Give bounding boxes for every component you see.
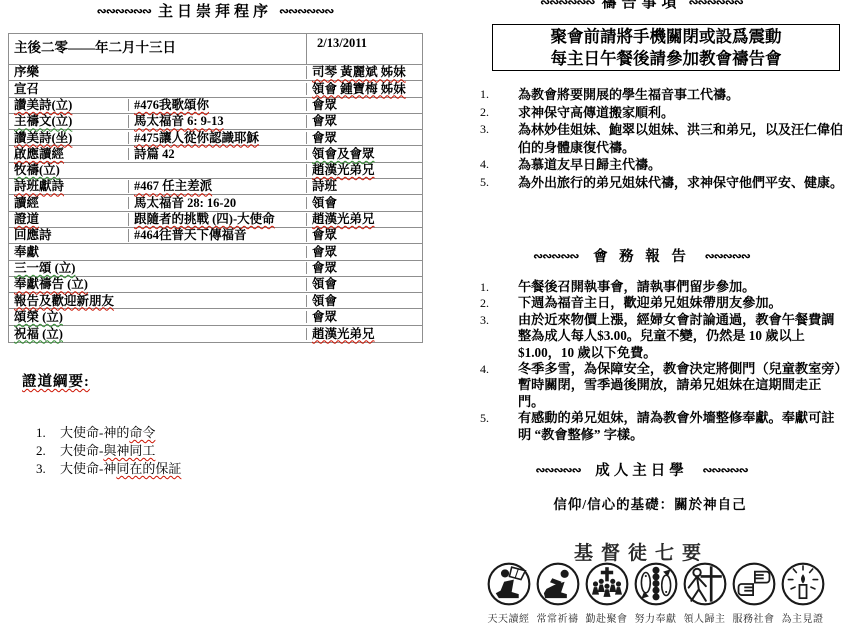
program-item-cell: 讚美詩(坐) — [9, 132, 128, 145]
list-item-number: 4. — [478, 361, 518, 410]
gathering-icon — [583, 561, 630, 607]
list-item-text: 為慕道友早日歸主代禱。 — [518, 156, 844, 174]
list-item-text: 求神保守高傳道搬家順利。 — [518, 104, 844, 122]
program-item-cell: 牧禱(立) — [9, 164, 128, 177]
program-item-cell: 奉獻 — [9, 246, 128, 259]
table-row: 讀經馬太福音 28: 16-20領會 — [9, 195, 422, 211]
report-item: 5.有感動的弟兄姐妹，請為教會外墻整修奉獻。奉獻可註明 “教會整修” 字樣。 — [478, 410, 846, 443]
list-item-number: 5. — [478, 410, 518, 443]
list-item-text: 午餐後召開執事會，請執事們留步參加。 — [518, 279, 846, 295]
program-content-cell: 馬太福音 28: 16-20 — [128, 197, 306, 210]
program-who-text: 趙漢光弟兄 — [312, 327, 375, 341]
outline-item-pre: 大使命- — [60, 443, 103, 458]
list-item-text: 下週為福音主日，歡迎弟兄姐妹帶朋友參加。 — [518, 295, 846, 311]
program-who-cell: 會眾 — [306, 246, 422, 259]
scroll-ornament-icon: ∾∾∾∾∾∾ — [97, 4, 151, 18]
program-item-cell: 啟應讀經 — [9, 148, 128, 161]
seven-essentials-label: 服務社會 — [730, 610, 777, 625]
program-content-text: 馬太福音 6: 9-13 — [134, 114, 224, 128]
program-content-cell: #464往普天下傳福音 — [128, 229, 306, 242]
table-row: 宣召領會 鍾寶梅 姊妹 — [9, 81, 422, 97]
sermon-outline-heading: 證道綱要: — [22, 370, 90, 391]
seven-essentials-label: 努力奉獻 — [632, 610, 679, 625]
worship-date-numeric: 2/13/2011 — [306, 34, 422, 64]
seven-essentials-item: 勤赴聚會 — [583, 561, 630, 625]
serving-hands-icon — [730, 561, 777, 607]
program-who-cell: 詩班 — [306, 180, 422, 193]
list-item-text: 冬季多雪，為保障安全，教會決定將側門（兒童教室旁）暫時關閉，雪季過後開放，請弟兄… — [518, 361, 846, 410]
reading-bible-icon — [485, 561, 532, 607]
table-row: 頌榮 (立)會眾 — [9, 309, 422, 325]
program-item-cell: 證道 — [9, 213, 128, 226]
praying-icon — [534, 561, 581, 607]
adult-sunday-school-title: ∾∾∾∾∾ 成人主日學 ∾∾∾∾∾ — [430, 459, 853, 480]
list-item-number: 2. — [478, 104, 518, 122]
table-row: 奉獻會眾 — [9, 244, 422, 260]
program-content-cell: 馬太福音 6: 9-13 — [128, 115, 306, 128]
program-who-text: 領會 鍾寶梅 姊妹 — [312, 82, 406, 96]
outline-item-wavy: 同在的保証 — [116, 461, 181, 476]
program-item-label: 讚美詩(立) — [14, 98, 72, 112]
outline-item-text: 大使命-與神同工 — [60, 442, 155, 460]
program-content-text: 詩篇 42 — [134, 147, 175, 161]
program-who-text: 趙漢光弟兄 — [312, 163, 375, 177]
program-item-label: 三一頌 (立) — [14, 261, 75, 275]
prayer-item: 5.為外出旅行的弟兄姐妹代禱，求神保守他們平安、健康。 — [478, 174, 846, 192]
seven-essentials-item: 天天讀經 — [485, 561, 532, 625]
outline-item-text: 大使命-神的命令 — [60, 424, 155, 442]
report-item: 2.下週為福音主日，歡迎弟兄姐妹帶朋友參加。 — [478, 295, 846, 311]
outline-item-pre: 大使命-神的 — [60, 425, 129, 440]
program-content-text: #464往普天下傳福音 — [134, 228, 247, 242]
program-who-text: 會眾 — [312, 98, 337, 112]
program-content-cell: #467 任主差派 — [128, 180, 306, 193]
list-item-text: 由於近來物價上漲，經婦女會討論通過，教會午餐費調整為成人每人$3.00。兒童不變… — [518, 312, 846, 361]
sermon-outline-list: 1.大使命-神的命令2.大使命-與神同工3.大使命-神同在的保証 — [36, 424, 181, 478]
program-item-label: 序樂 — [14, 65, 39, 79]
program-who-text: 領會及會眾 — [312, 147, 375, 161]
program-item-cell: 報告及歡迎新朋友 — [9, 295, 128, 308]
list-item-number: 4. — [478, 156, 518, 174]
program-item-cell: 回應詩 — [9, 229, 128, 242]
outline-item-number: 2. — [36, 442, 60, 460]
report-item: 4.冬季多雪，為保障安全，教會決定將側門（兒童教室旁）暫時關閉，雪季過後開放，請… — [478, 361, 846, 410]
church-affairs-list: 1.午餐後召開執事會，請執事們留步參加。2.下週為福音主日，歡迎弟兄姐妹帶朋友參… — [478, 279, 846, 443]
program-content-text: #467 任主差派 — [134, 179, 212, 193]
seven-essentials-item: 努力奉獻 — [632, 561, 679, 625]
table-row: 回應詩#464往普天下傳福音會眾 — [9, 228, 422, 244]
adult-sunday-school-topic: 信仰/信心的基礎：關於神自己 — [430, 493, 853, 513]
program-who-text: 會眾 — [312, 114, 337, 128]
list-item-text: 為教會將要開展的學生福音事工代禱。 — [518, 86, 844, 104]
seven-essentials-item: 領人歸主 — [681, 561, 728, 625]
table-row: 主禱文(立)馬太福音 6: 9-13會眾 — [9, 114, 422, 130]
table-row: 牧禱(立)趙漢光弟兄 — [9, 163, 422, 179]
program-who-cell: 領會 — [306, 197, 422, 210]
program-content-text: 馬太福音 28: 16-20 — [134, 196, 236, 210]
program-item-cell: 三一頌 (立) — [9, 262, 128, 275]
table-row: 詩班獻詩#467 任主差派詩班 — [9, 179, 422, 195]
table-row: 啟應讀經詩篇 42領會及會眾 — [9, 146, 422, 162]
program-content-cell: #476我歌頌你 — [128, 99, 306, 112]
program-who-text: 詩班 — [312, 179, 337, 193]
notice-box: 聚會前請將手機關閉或設爲震動 每主日午餐後請參加教會禱告會 — [492, 24, 840, 71]
program-item-label: 詩班獻詩 — [14, 179, 64, 193]
scroll-ornament-icon: ∾∾∾∾∾ — [705, 249, 750, 263]
program-content-cell: 詩篇 42 — [128, 148, 306, 161]
program-who-text: 司琴 黃麗斌 姊妹 — [312, 65, 406, 79]
outline-item-number: 3. — [36, 460, 60, 478]
program-who-text: 趙漢光弟兄 — [312, 212, 375, 226]
prayer-item: 3.為林妙佳姐妹、鮑翠以姐妹、洪三和弟兄，以及汪仁偉伯伯的身體康復代禱。 — [478, 121, 846, 156]
program-item-cell: 讀經 — [9, 197, 128, 210]
seven-essentials-label: 常常祈禱 — [534, 610, 581, 625]
list-item-text: 有感動的弟兄姐妹，請為教會外墻整修奉獻。奉獻可註明 “教會整修” 字樣。 — [518, 410, 846, 443]
outline-item-text: 大使命-神同在的保証 — [60, 460, 181, 478]
report-item: 1.午餐後召開執事會，請執事們留步參加。 — [478, 279, 846, 295]
seven-essentials-label: 為主見證 — [779, 610, 826, 625]
program-item-cell: 詩班獻詩 — [9, 180, 128, 193]
program-content-text: #476我歌頌你 — [134, 98, 209, 112]
scroll-ornament-icon: ∾∾∾∾∾∾ — [540, 0, 594, 9]
program-who-cell: 會眾 — [306, 115, 422, 128]
program-who-cell: 趙漢光弟兄 — [306, 164, 422, 177]
program-content-text: #475讓人從你認識耶穌 — [134, 131, 259, 145]
table-row: 祝福 (立)趙漢光弟兄 — [9, 326, 422, 342]
program-who-text: 會眾 — [312, 131, 337, 145]
program-who-cell: 會眾 — [306, 229, 422, 242]
table-row: 讚美詩(立)#476我歌頌你會眾 — [9, 98, 422, 114]
table-row: 序樂司琴 黃麗斌 姊妹 — [9, 65, 422, 81]
church-affairs-title: ∾∾∾∾∾ 會 務 報 告 ∾∾∾∾∾ — [430, 245, 853, 266]
program-item-label: 啟應讀經 — [14, 147, 64, 161]
program-who-cell: 司琴 黃麗斌 姊妹 — [306, 66, 422, 79]
program-item-label: 祝福 (立) — [14, 327, 63, 341]
worship-table-header-row: 主後二零——年二月十三日 2/13/2011 — [9, 34, 422, 65]
scroll-ornament-icon: ∾∾∾∾∾ — [533, 249, 578, 263]
table-row: 讚美詩(坐)#475讓人從你認識耶穌會眾 — [9, 130, 422, 146]
program-item-label: 報告及歡迎新朋友 — [14, 294, 114, 308]
program-who-text: 領會 — [312, 196, 337, 210]
worship-date-chinese: 主後二零——年二月十三日 — [9, 34, 306, 64]
worship-order-title: ∾∾∾∾∾∾主日崇拜程序∾∾∾∾∾∾ — [0, 0, 430, 21]
worship-order-title-text: 主日崇拜程序 — [158, 4, 272, 20]
program-who-text: 領會 — [312, 277, 337, 291]
program-who-cell: 會眾 — [306, 311, 422, 324]
seven-essentials-label: 天天讀經 — [485, 610, 532, 625]
program-who-text: 領會 — [312, 294, 337, 308]
program-who-text: 會眾 — [312, 245, 337, 259]
worship-table-body: 序樂司琴 黃麗斌 姊妹宣召領會 鍾寶梅 姊妹讚美詩(立)#476我歌頌你會眾主禱… — [9, 65, 422, 342]
scroll-ornament-icon: ∾∾∾∾∾∾ — [689, 0, 743, 9]
program-who-text: 會眾 — [312, 228, 337, 242]
adult-sunday-school-title-text: 成人主日學 — [595, 463, 688, 479]
program-item-cell: 頌榮 (立) — [9, 311, 128, 324]
scroll-ornament-icon: ∾∾∾∾∾∾ — [279, 4, 333, 18]
table-row: 三一頌 (立)會眾 — [9, 261, 422, 277]
list-item-number: 3. — [478, 121, 518, 156]
church-affairs-title-text: 會 務 報 告 — [593, 249, 690, 265]
program-who-cell: 領會 — [306, 278, 422, 291]
program-item-label: 主禱文(立) — [14, 114, 72, 128]
table-row: 證道跟隨者的挑戰 (四)-大使命趙漢光弟兄 — [9, 212, 422, 228]
seven-essentials-label: 領人歸主 — [681, 610, 728, 625]
sermon-outline-item: 2.大使命-與神同工 — [36, 442, 181, 460]
program-content-cell: #475讓人從你認識耶穌 — [128, 132, 306, 145]
program-item-label: 牧禱(立) — [14, 163, 60, 177]
prayer-items-title-text: 禱告事項 — [601, 0, 681, 11]
outline-item-pre: 大使命-神 — [60, 461, 116, 476]
list-item-number: 1. — [478, 279, 518, 295]
scroll-ornament-icon: ∾∾∾∾∾ — [535, 463, 580, 477]
announcements-column: ∾∾∾∾∾∾禱告事項∾∾∾∾∾∾ 聚會前請將手機關閉或設爲震動 每主日午餐後請參… — [430, 0, 853, 640]
program-who-text: 會眾 — [312, 261, 337, 275]
seven-essentials-item: 服務社會 — [730, 561, 777, 625]
program-item-label: 證道 — [14, 212, 39, 226]
list-item-number: 2. — [478, 295, 518, 311]
program-who-text: 會眾 — [312, 310, 337, 324]
prayer-items-title: ∾∾∾∾∾∾禱告事項∾∾∾∾∾∾ — [430, 0, 853, 12]
program-who-cell: 會眾 — [306, 99, 422, 112]
scroll-ornament-icon: ∾∾∾∾∾ — [702, 463, 747, 477]
program-item-label: 回應詩 — [14, 228, 52, 242]
list-item-text: 為外出旅行的弟兄姐妹代禱，求神保守他們平安、健康。 — [518, 174, 844, 192]
sermon-outline-item: 3.大使命-神同在的保証 — [36, 460, 181, 478]
program-item-label: 奉獻 — [14, 245, 39, 259]
sermon-outline-item: 1.大使命-神的命令 — [36, 424, 181, 442]
candle-witness-icon — [779, 561, 826, 607]
outline-item-wavy: 與神同工 — [103, 443, 155, 458]
outline-item-number: 1. — [36, 424, 60, 442]
table-row: 報告及歡迎新朋友領會 — [9, 293, 422, 309]
program-item-cell: 讚美詩(立) — [9, 99, 128, 112]
notice-line-1: 聚會前請將手機關閉或設爲震動 — [493, 26, 839, 48]
program-item-cell: 序樂 — [9, 66, 128, 79]
program-content-text: 跟隨者的挑戰 (四)-大使命 — [134, 212, 275, 226]
program-who-cell: 會眾 — [306, 132, 422, 145]
prayer-item: 4.為慕道友早日歸主代禱。 — [478, 156, 846, 174]
program-item-cell: 宣召 — [9, 83, 128, 96]
program-who-cell: 趙漢光弟兄 — [306, 213, 422, 226]
seven-essentials-item: 常常祈禱 — [534, 561, 581, 625]
program-who-cell: 趙漢光弟兄 — [306, 328, 422, 341]
program-item-label: 頌榮 (立) — [14, 310, 63, 324]
prayer-item: 2.求神保守高傳道搬家順利。 — [478, 104, 846, 122]
seven-essentials-item: 為主見證 — [779, 561, 826, 625]
prayer-item: 1.為教會將要開展的學生福音事工代禱。 — [478, 86, 846, 104]
program-item-label: 宣召 — [14, 82, 39, 96]
table-row: 奉獻禱告 (立)領會 — [9, 277, 422, 293]
worship-program-table: 主後二零——年二月十三日 2/13/2011 序樂司琴 黃麗斌 姊妹宣召領會 鍾… — [8, 33, 423, 343]
program-item-cell: 祝福 (立) — [9, 328, 128, 341]
offering-icon — [632, 561, 679, 607]
program-item-cell: 奉獻禱告 (立) — [9, 278, 128, 291]
outline-item-wavy: 命令 — [129, 425, 155, 440]
list-item-number: 5. — [478, 174, 518, 192]
church-bulletin-page: { "colors": { "text": "#000000", "table_… — [0, 0, 853, 640]
list-item-number: 1. — [478, 86, 518, 104]
report-item: 3.由於近來物價上漲，經婦女會討論通過，教會午餐費調整為成人每人$3.00。兒童… — [478, 312, 846, 361]
program-who-cell: 領會 — [306, 295, 422, 308]
seven-essentials-label: 勤赴聚會 — [583, 610, 630, 625]
lead-to-christ-icon — [681, 561, 728, 607]
notice-line-2: 每主日午餐後請參加教會禱告會 — [493, 48, 839, 70]
program-item-label: 讀經 — [14, 196, 39, 210]
program-content-cell: 跟隨者的挑戰 (四)-大使命 — [128, 213, 306, 226]
program-item-label: 讚美詩(坐) — [14, 131, 72, 145]
prayer-items-list: 1.為教會將要開展的學生福音事工代禱。2.求神保守高傳道搬家順利。3.為林妙佳姐… — [478, 86, 846, 192]
seven-essentials-icons: 天天讀經常常祈禱勤赴聚會努力奉獻領人歸主服務社會為主見證 — [485, 561, 826, 625]
program-item-cell: 主禱文(立) — [9, 115, 128, 128]
list-item-text: 為林妙佳姐妹、鮑翠以姐妹、洪三和弟兄，以及汪仁偉伯伯的身體康復代禱。 — [518, 121, 844, 156]
program-who-cell: 領會 鍾寶梅 姊妹 — [306, 83, 422, 96]
program-who-cell: 會眾 — [306, 262, 422, 275]
program-who-cell: 領會及會眾 — [306, 148, 422, 161]
program-item-label: 奉獻禱告 (立) — [14, 277, 88, 291]
list-item-number: 3. — [478, 312, 518, 361]
